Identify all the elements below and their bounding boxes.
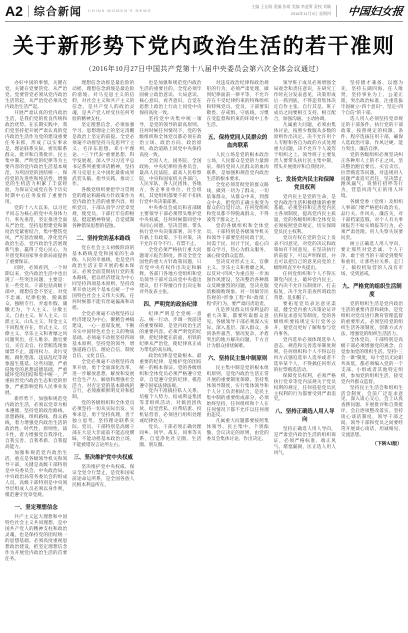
editor-credits: 主编 王长路 责编 张萌 美编 李凌霄 责校 刘颖 2016年11月3日 星期四	[251, 4, 331, 17]
body-paragraph: 坚持正确选人用人导向，是严肃党内政治生活的组织保证。必须严格标准、端正风气、堵塞…	[274, 426, 336, 456]
section-heading: 四、严明党的政治纪律	[139, 300, 201, 308]
body-paragraph: 凡是涉及群众切身利益的重大决策，都要听取群众意见。各级领导干部必须深入实际、深入…	[207, 307, 269, 349]
body-paragraph: 开展严肃认真的党内政治生活，是我们党的优良传统和政治优势。在长期实践中，我们党坚…	[5, 110, 67, 206]
body-column: 领导班子成员必须增强全局观念和责任意识，在研究工作时充分发表意见，决策形成后一抓…	[274, 80, 336, 632]
body-paragraph: 凡属重大问题，必须由集体讨论，按照少数服从多数的原则作出决定。决不允许用个人专断…	[274, 122, 336, 170]
body-paragraph: 全国人大、国务院、全国政协，中央纪律检查委员会，最高人民法院、最高人民检察院，中…	[139, 158, 201, 206]
newspaper-masthead: 中国妇女报	[347, 3, 404, 19]
body-paragraph: 坚决反对形式主义、官僚主义、享乐主义和奢靡之风，以反对“四风”为重点进一步加强作…	[207, 259, 269, 307]
body-paragraph: 也是加强和规范党内政治生活的重要目的。全党必须牢固树立政治意识、大局意识、核心意…	[139, 80, 201, 116]
section-heading: 六、坚持民主集中制原则	[207, 354, 269, 362]
body-paragraph: 理想信念动摇是最危险的动摇，理想信念滑坡是最危险的滑坡。对马克思主义的信仰，对社…	[72, 80, 134, 122]
body-paragraph: 选人用人必须坚持党章规定的干部条件，执行党的干部政策，按照规定的权限、条件、程序…	[341, 116, 403, 152]
body-column: 对违反政治纪律和政治规矩的行为，必须严肃处理，做到纪律面前一律平等，不允许存在不…	[207, 80, 269, 632]
body-paragraph: 任何党组织和个人不得压制党内民主、破坏党内民主。党内决不允许压制批评、打击报复，…	[274, 271, 336, 301]
section-heading: 二、坚持党的基本路线	[72, 234, 134, 242]
section-heading: 八、坚持正确选人用人导向	[274, 407, 336, 423]
body-column: 坚持德才兼备、以德为先，坚持五湖四海、任人唯贤，坚持事业为上、公道正派，突出政治…	[341, 80, 403, 632]
body-paragraph: 加强和规范党内政治生活，重点是各级领导机关和领导干部，关键是高级干部特别是中央委…	[5, 450, 67, 498]
body-column: 也是加强和规范党内政治生活的重要目的。全党必须牢固树立政治意识、大局意识、核心意…	[139, 80, 201, 632]
body-paragraph: 同时，必须看到，一个时期以来，党内政治生活中也出现了一些突出问题，主要是：在一些…	[5, 265, 67, 396]
body-paragraph: 坚持党中央集中统一领导，是党的领导的最高原则。任何时候任何情况下，党的各级组织和…	[139, 116, 201, 158]
section-heading: 七、发扬党内民主和保障党员权利	[274, 175, 336, 191]
header-right-group: 主编 王长路 责编 张萌 美编 李凌霄 责校 刘颖 2016年11月3日 星期四…	[251, 3, 403, 19]
body-paragraph: 党内不准搞拉私人关系、培植个人势力、结成利益集团等非组织活动，对搞团团伙伙、结党…	[139, 388, 201, 424]
section-heading: 一、坚定理想信念	[5, 503, 67, 511]
body-paragraph: 政治纪律是党最根本、最重要的纪律，是维护党的团结统一的根本保证。党的各级组织和全…	[139, 353, 201, 389]
credits-line: 主编 王长路 责编 张萌 美编 李凌霄 责校 刘颖	[251, 4, 331, 9]
body-paragraph: 党的十八大以来，以习近平同志为核心的党中央身体力行、率先垂范，坚定推进全面从严治…	[5, 205, 67, 265]
body-paragraph: 党的各级组织必须坚决纠正各种用人上的不正之风，坚决整治跑官要官、买官卖官、拉票贿…	[341, 152, 403, 200]
newspaper-page: A2 综合新闻 CHINA WOMEN'S NEWS 主编 王长路 责编 张萌 …	[0, 0, 408, 633]
body-paragraph: 党的各级组织和全体党员必须坚持一切从实际出发、实事求是，勇于坚持真理，善于独立思…	[72, 400, 134, 448]
body-paragraph: 全体党员、干部特别是高级干部必须增强党的观念，自觉参加党的组织生活。坚持“三会一…	[341, 337, 403, 385]
body-column: 办好中国的事情，关键在党，关键在党要管党、从严治党。党要管党必须从党内政治生活管…	[5, 80, 67, 632]
body-paragraph: 党员、干部必须正确处理同乡、同学、战友、同事等关系，自觉净化社交圈、生活圈、朋友…	[139, 424, 201, 448]
body-paragraph: 对违反政治纪律和政治规矩的行为，必须严肃处理，做到纪律面前一律平等，不允许存在不…	[207, 80, 269, 128]
body-paragraph: 党内民主是党的生命，是党内政治生活积极健康的重要基础。必须坚持和完善党内民主各项…	[274, 194, 336, 236]
section-heading: 三、坚决维护党中央权威	[72, 453, 134, 461]
body-paragraph: 党的各级组织和全体党员、干部特别是各级领导机关和领导干部要坚持问政于民、问需于民…	[207, 223, 269, 259]
body-paragraph: 要拓宽党员表达意见渠道，健全党内重大决策论证评估和征求意见等制度。党的各级组织要…	[274, 301, 336, 337]
body-paragraph: 党的组织生活是党内政治生活的重要内容和载体，是党组织对党员进行教育管理监督的重要…	[341, 301, 403, 337]
body-paragraph: 各级党组织要把学习贯彻党的理论和路线方针政策作为党内政治生活的重要内容，组织党员…	[72, 187, 134, 229]
body-paragraph: 中央委员会成员和省部级主要领导干部必须带头维护党中央权威，任何时候都同党中央同心…	[139, 205, 201, 247]
body-paragraph: 坚决维护党中央权威、保证全党令行禁止，是党和国家前途命运所系，是全国各族人民根本…	[72, 464, 134, 488]
body-column: 理想信念动摇是最危险的动摇，理想信念滑坡是最危险的滑坡。对马克思主义的信仰，对社…	[72, 80, 134, 632]
header-divider	[28, 5, 29, 17]
body-paragraph: 坚持民主生活会和组织生活会制度，会前广泛征求意见、深入谈心交心，会上认真查摆问题…	[341, 385, 403, 439]
article-title: 关于新形势下党内政治生活的若干准则	[5, 30, 403, 60]
body-paragraph: 全党必须毫不动摇坚持以经济建设为中心，聚精会神搞建设，一心一意谋发展，不断夯实中…	[72, 311, 134, 359]
body-paragraph: 各级党委（党组）及组织人事部门要严格把好政治关、品行关、作风关、廉洁关，对干部档…	[341, 199, 403, 241]
body-paragraph: 党内选举必须体现选举人意志，规范和完善选举制度规则。任何组织和个人不得以任何方式…	[274, 337, 336, 373]
body-paragraph: 共产主义远大理想和中国特色社会主义共同理想，是中国共产党人的精神支柱和政治灵魂，…	[5, 514, 67, 562]
body-paragraph: 坚持德才兼备、以德为先，坚持五湖四海、任人唯贤，坚持事业为上、公道正派，突出政治…	[341, 80, 403, 116]
body-paragraph: 党在社会主义初级阶段的基本路线是党和国家的生命线、人民的幸福线，也是党内政治生活…	[72, 245, 134, 311]
body-paragraph: 保障党员权利，必须严格执行党章等党内法规关于党员权利的规定，任何侵犯党员民主权利…	[274, 373, 336, 403]
section-heading: 五、保持党同人民群众的血肉联系	[207, 133, 269, 149]
body-paragraph: 全党必须贯彻党的群众路线，做到一切为了群众，一切依靠群众，从群众中来，到群众中去…	[207, 182, 269, 224]
article-columns: 办好中国的事情，关键在党，关键在党要管党、从严治党。党要管党必须从党内政治生活管…	[5, 80, 403, 632]
page-header: A2 综合新闻 CHINA WOMEN'S NEWS 主编 王长路 责编 张萌 …	[5, 0, 403, 22]
body-paragraph: 领导班子成员必须增强全局观念和责任意识，在研究工作时充分发表意见，决策形成后一抓…	[274, 80, 336, 122]
body-paragraph: 办好中国的事情，关键在党，关键在党要管党、从严治党。党要管党必须从党内政治生活管…	[5, 80, 67, 110]
body-paragraph: 全党必须严格执行重大问题请示报告制度。涉及全党全国性的重大方针政策问题，只有党中…	[139, 247, 201, 295]
body-paragraph: 人民立场是党的根本政治立场，人民群众是党的力量源泉。保持党同人民群众的血肉联系，…	[207, 152, 269, 182]
page-number: A2	[5, 3, 23, 19]
body-paragraph: 党员有权在党的会议上发表不同意见，对党的决议和政策如有不同意见，在坚决执行的前提…	[274, 235, 336, 271]
article-subtitle: （2016年10月27日中国共产党第十八届中央委员会第六次全体会议通过）	[5, 64, 403, 74]
section-heading: 九、严格党的组织生活制度	[341, 282, 403, 298]
body-paragraph: 新形势下，加强和规范党内政治生活，必须以党章为根本遵循，坚持党的政治路线、思想路…	[5, 396, 67, 450]
body-paragraph: 坚定理想信念，必须加强学习。思想理论上的坚定清醒是政治上坚定的前提。全党必须毫不…	[72, 122, 134, 188]
section-title-english: CHINA WOMEN'S NEWS	[88, 8, 152, 13]
body-paragraph: 纪律严明是全党统一意志、统一行动、步调一致前进的重要保障，是党内政治生活的重要内…	[139, 311, 201, 353]
body-paragraph: 民主集中制是党的根本组织原则，是党内政治生活正常开展的重要制度保障。坚持集体领导…	[207, 365, 269, 419]
body-paragraph: 全党必须毫不动摇坚持改革开放，勇于全面深化改革，进一步解放思想、解放和发展社会生…	[72, 359, 134, 401]
continuation-note: （下转A3版）	[341, 440, 402, 447]
header-divider	[336, 5, 337, 17]
section-title: 综合新闻	[34, 3, 82, 19]
body-paragraph: 凡属重大问题都要按照集体领导、民主集中、个别酝酿、会议决定的原则，由党的委员会集…	[207, 418, 269, 442]
body-paragraph: 树立正确选人用人导向，要让那些对党忠诚、个人干净、敢于担当的干部受到褒奖和重用，…	[341, 241, 403, 277]
date-line: 2016年11月3日 星期四	[291, 11, 331, 16]
